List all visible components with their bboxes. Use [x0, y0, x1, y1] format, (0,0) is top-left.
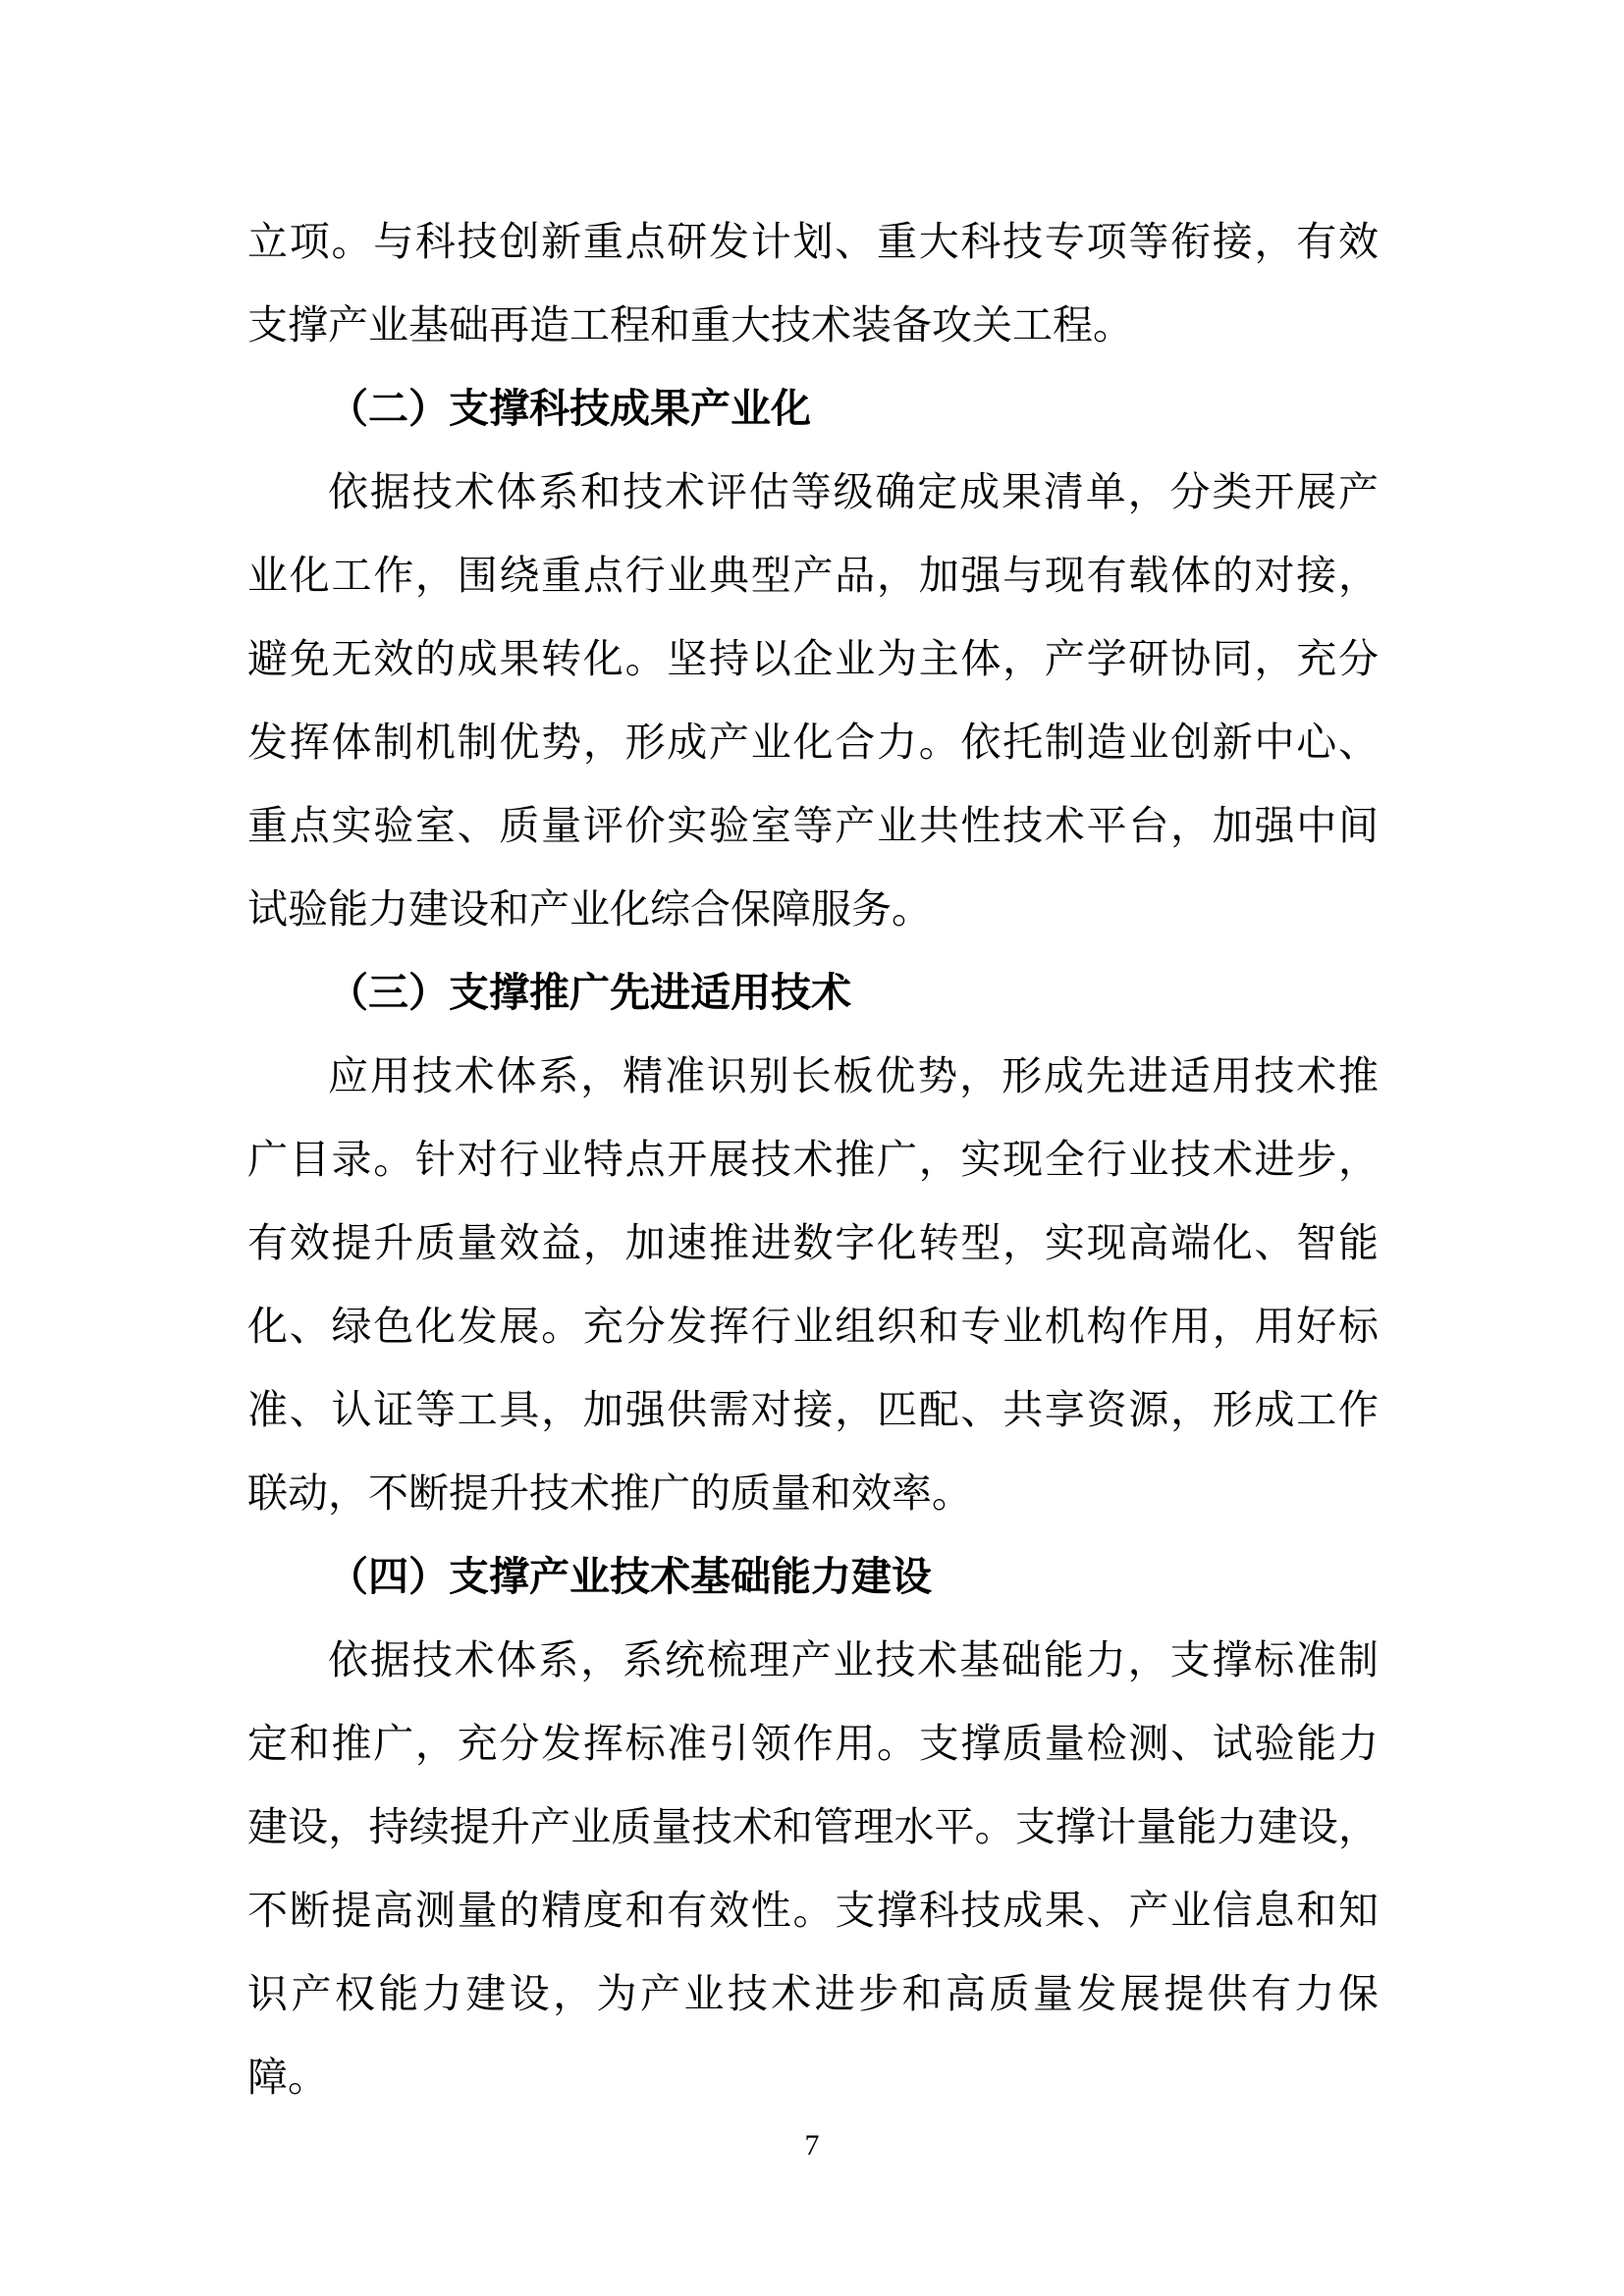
text-line: 联动，不断提升技术推广的质量和效率。	[247, 1452, 1379, 1535]
text-line: 支撑产业基础再造工程和重大技术装备攻关工程。	[247, 284, 1379, 367]
text-line: 重点实验室、质量评价实验室等产业共性技术平台，加强中间	[247, 784, 1379, 868]
text-line: （四）支撑产业技术基础能力建设	[247, 1535, 1379, 1619]
paragraph: 依据技术体系和技术评估等级确定成果清单，分类开展产业化工作，围绕重点行业典型产品…	[247, 451, 1379, 951]
document-page: 立项。与科技创新重点研发计划、重大科技专项等衔接，有效支撑产业基础再造工程和重大…	[0, 0, 1624, 2296]
paragraph: 立项。与科技创新重点研发计划、重大科技专项等衔接，有效支撑产业基础再造工程和重大…	[247, 200, 1379, 367]
text-line: 业化工作，围绕重点行业典型产品，加强与现有载体的对接，	[247, 534, 1379, 617]
paragraph: 应用技术体系，精准识别长板优势，形成先进适用技术推广目录。针对行业特点开展技术推…	[247, 1035, 1379, 1535]
section-heading: （四）支撑产业技术基础能力建设	[247, 1535, 1379, 1619]
paragraph: 依据技术体系，系统梳理产业技术基础能力，支撑标准制定和推广，充分发挥标准引领作用…	[247, 1619, 1379, 2119]
text-line: 发挥体制机制优势，形成产业化合力。依托制造业创新中心、	[247, 701, 1379, 784]
text-line: 障。	[247, 2036, 1379, 2119]
text-line: 有效提升质量效益，加速推进数字化转型，实现高端化、智能	[247, 1201, 1379, 1285]
document-body: 立项。与科技创新重点研发计划、重大科技专项等衔接，有效支撑产业基础再造工程和重大…	[247, 200, 1379, 2119]
text-line: （二）支撑科技成果产业化	[247, 367, 1379, 451]
text-line: 应用技术体系，精准识别长板优势，形成先进适用技术推	[247, 1035, 1379, 1118]
text-line: 依据技术体系，系统梳理产业技术基础能力，支撑标准制	[247, 1619, 1379, 1702]
text-line: 不断提高测量的精度和有效性。支撑科技成果、产业信息和知	[247, 1869, 1379, 1952]
text-line: 识产权能力建设，为产业技术进步和高质量发展提供有力保	[247, 1952, 1379, 2036]
page-number: 7	[0, 2125, 1624, 2166]
text-line: 依据技术体系和技术评估等级确定成果清单，分类开展产	[247, 451, 1379, 534]
text-line: 建设，持续提升产业质量技术和管理水平。支撑计量能力建设，	[247, 1786, 1379, 1869]
text-line: 广目录。针对行业特点开展技术推广，实现全行业技术进步，	[247, 1118, 1379, 1201]
section-heading: （二）支撑科技成果产业化	[247, 367, 1379, 451]
section-heading: （三）支撑推广先进适用技术	[247, 951, 1379, 1035]
text-line: 准、认证等工具，加强供需对接，匹配、共享资源，形成工作	[247, 1368, 1379, 1452]
text-line: （三）支撑推广先进适用技术	[247, 951, 1379, 1035]
text-line: 定和推广，充分发挥标准引领作用。支撑质量检测、试验能力	[247, 1702, 1379, 1786]
text-line: 化、绿色化发展。充分发挥行业组织和专业机构作用，用好标	[247, 1285, 1379, 1368]
text-line: 试验能力建设和产业化综合保障服务。	[247, 868, 1379, 951]
text-line: 立项。与科技创新重点研发计划、重大科技专项等衔接，有效	[247, 200, 1379, 284]
text-line: 避免无效的成果转化。坚持以企业为主体，产学研协同，充分	[247, 617, 1379, 701]
